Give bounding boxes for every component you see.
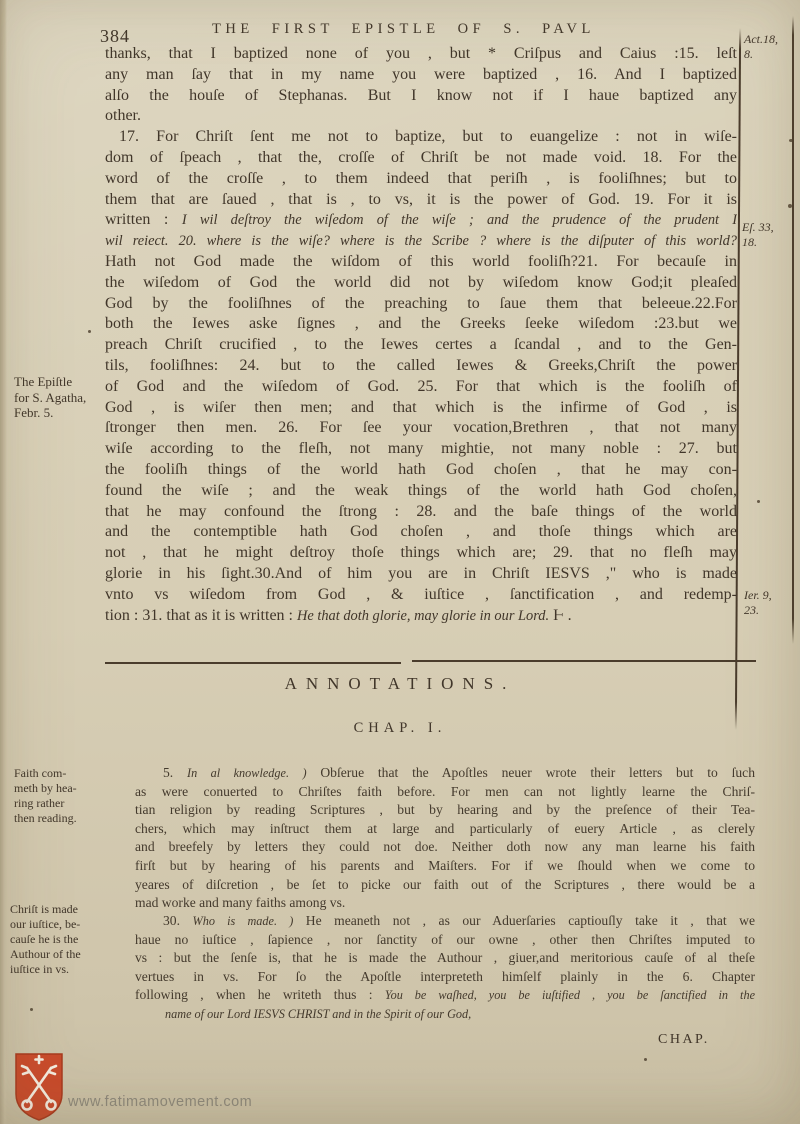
section-rule-right [412,660,756,662]
text-line: any man ſay that in my name you were bap… [105,65,737,86]
text-line: yeares of diſcretion , be ſet to picke o… [135,876,755,895]
text-line: wiſe according to the fleſh, not many mi… [105,439,737,460]
text-line: Hath not God made the wiſdom of this wor… [105,252,737,273]
margin-ref-esay: Eſ. 33, 18. [742,220,774,250]
text-line: them that are ſaued , that is , to vs, i… [105,190,737,211]
text-line: and the contemptible hath God choſen , a… [105,522,737,543]
text-line: both the Iewes aske ſignes , and the Gre… [105,314,737,335]
text-line: vnto vs wiſedom from God , & iuſtice , ſ… [105,585,737,606]
text-line: chers, which may inſtruct them at large … [135,820,755,839]
text-line: not , that he might deſtroy thoſe things… [105,543,737,564]
chapter-heading: CHAP. I. [0,720,800,737]
text-line: God , is wiſer then men; and that which … [105,398,737,419]
text-line: following , when he writeth thus : You b… [135,986,755,1005]
ink-speck [644,1058,647,1061]
text-line: thanks, that I baptized none of you , bu… [105,44,737,65]
text-line: mad worke and many faiths among vs. [135,894,755,913]
text-line: vs : but the ſenſe is, that he is made t… [135,949,755,968]
text-line: found the wiſe ; and the weak things of … [105,481,737,502]
ink-speck [789,139,793,142]
text-line: of God and the wiſedom of God. 25. For t… [105,377,737,398]
text-line: word of the croſſe , to them indeed that… [105,169,737,190]
text-line: written : I wil deſtroy the wiſedom of t… [105,210,737,231]
text-line: dom of ſpeach , that the, croſſe of Chri… [105,148,737,169]
text-line: the wiſedom of God the world did not by … [105,273,737,294]
text-line: tion : 31. that as it is written : He th… [105,606,737,627]
text-line: preach Chriſt crucified , to the Iewes c… [105,335,737,356]
text-line: tian religion by reading Scriptures , bu… [135,801,755,820]
text-line: haue no iuſtice , ſapience , nor ſanctit… [135,931,755,950]
outer-margin-rule [792,16,794,644]
text-line: name of our Lord IESVS CHRIST and in the… [135,1005,755,1024]
annotations-heading: ANNOTATIONS. [0,674,800,694]
catchword: CHAP. [658,1032,710,1048]
text-line: 17. For Chriſt ſent me not to baptize, b… [105,127,737,148]
text-line: and breefely by letters they could not d… [135,838,755,857]
text-line: firſt but by hearing of his parents and … [135,857,755,876]
text-line: tils, fooliſhnes: 24. but to the called … [105,356,737,377]
text-line: as were conuerted to Chriſtes faith befo… [135,783,755,802]
annotation-paragraph-30: 30. Who is made. ) He meaneth not , as o… [135,912,755,1024]
scanned-page: 384 THE FIRST EPISTLE OF S. PAVL Act.18,… [0,0,800,1124]
text-line: ſtronger then men. 26. For ſee your voca… [105,418,737,439]
ink-speck [88,330,91,333]
text-line: 5. In al knowledge. ) Obſerue that the A… [135,764,755,783]
margin-note-faith: Faith com- meth by hea- ring rather then… [14,766,77,826]
text-line: wil reiect. 20. where is the wiſe? where… [105,231,737,252]
text-line: glorie in his ſight.30.And of him you ar… [105,564,737,585]
running-title: THE FIRST EPISTLE OF S. PAVL [212,21,595,38]
ink-speck [30,1008,33,1011]
ink-speck [788,204,792,208]
text-line: 30. Who is made. ) He meaneth not , as o… [135,912,755,931]
text-line: God by the fooliſhnes of the preaching t… [105,294,737,315]
section-rule-left [105,662,401,664]
margin-note-epistle: The Epiſtle for S. Agatha, Febr. 5. [14,374,86,421]
scripture-text-block: thanks, that I baptized none of you , bu… [105,44,737,626]
annotation-paragraph-5: 5. In al knowledge. ) Obſerue that the A… [135,764,755,913]
text-line: vertues in vs. For ſo the Apoſtle interp… [135,968,755,987]
watermark-shield-logo [14,1052,64,1124]
text-line: that he may confound the ſtrong : 28. an… [105,502,737,523]
margin-ref-acts: Act.18, 8. [744,32,778,62]
margin-note-christ-justice: Chriſt is made our iuſtice, be- cauſe he… [10,902,81,977]
crossed-keys-icon [14,1052,64,1124]
ink-speck [757,500,760,503]
margin-ref-ieremie: Ier. 9, 23. [744,588,772,618]
text-line: other. [105,106,737,127]
text-line: the fooliſh things of the world hath God… [105,460,737,481]
watermark-url: www.fatimamovement.com [68,1094,252,1110]
text-line: alſo the houſe of Stephanas. But I know … [105,86,737,107]
